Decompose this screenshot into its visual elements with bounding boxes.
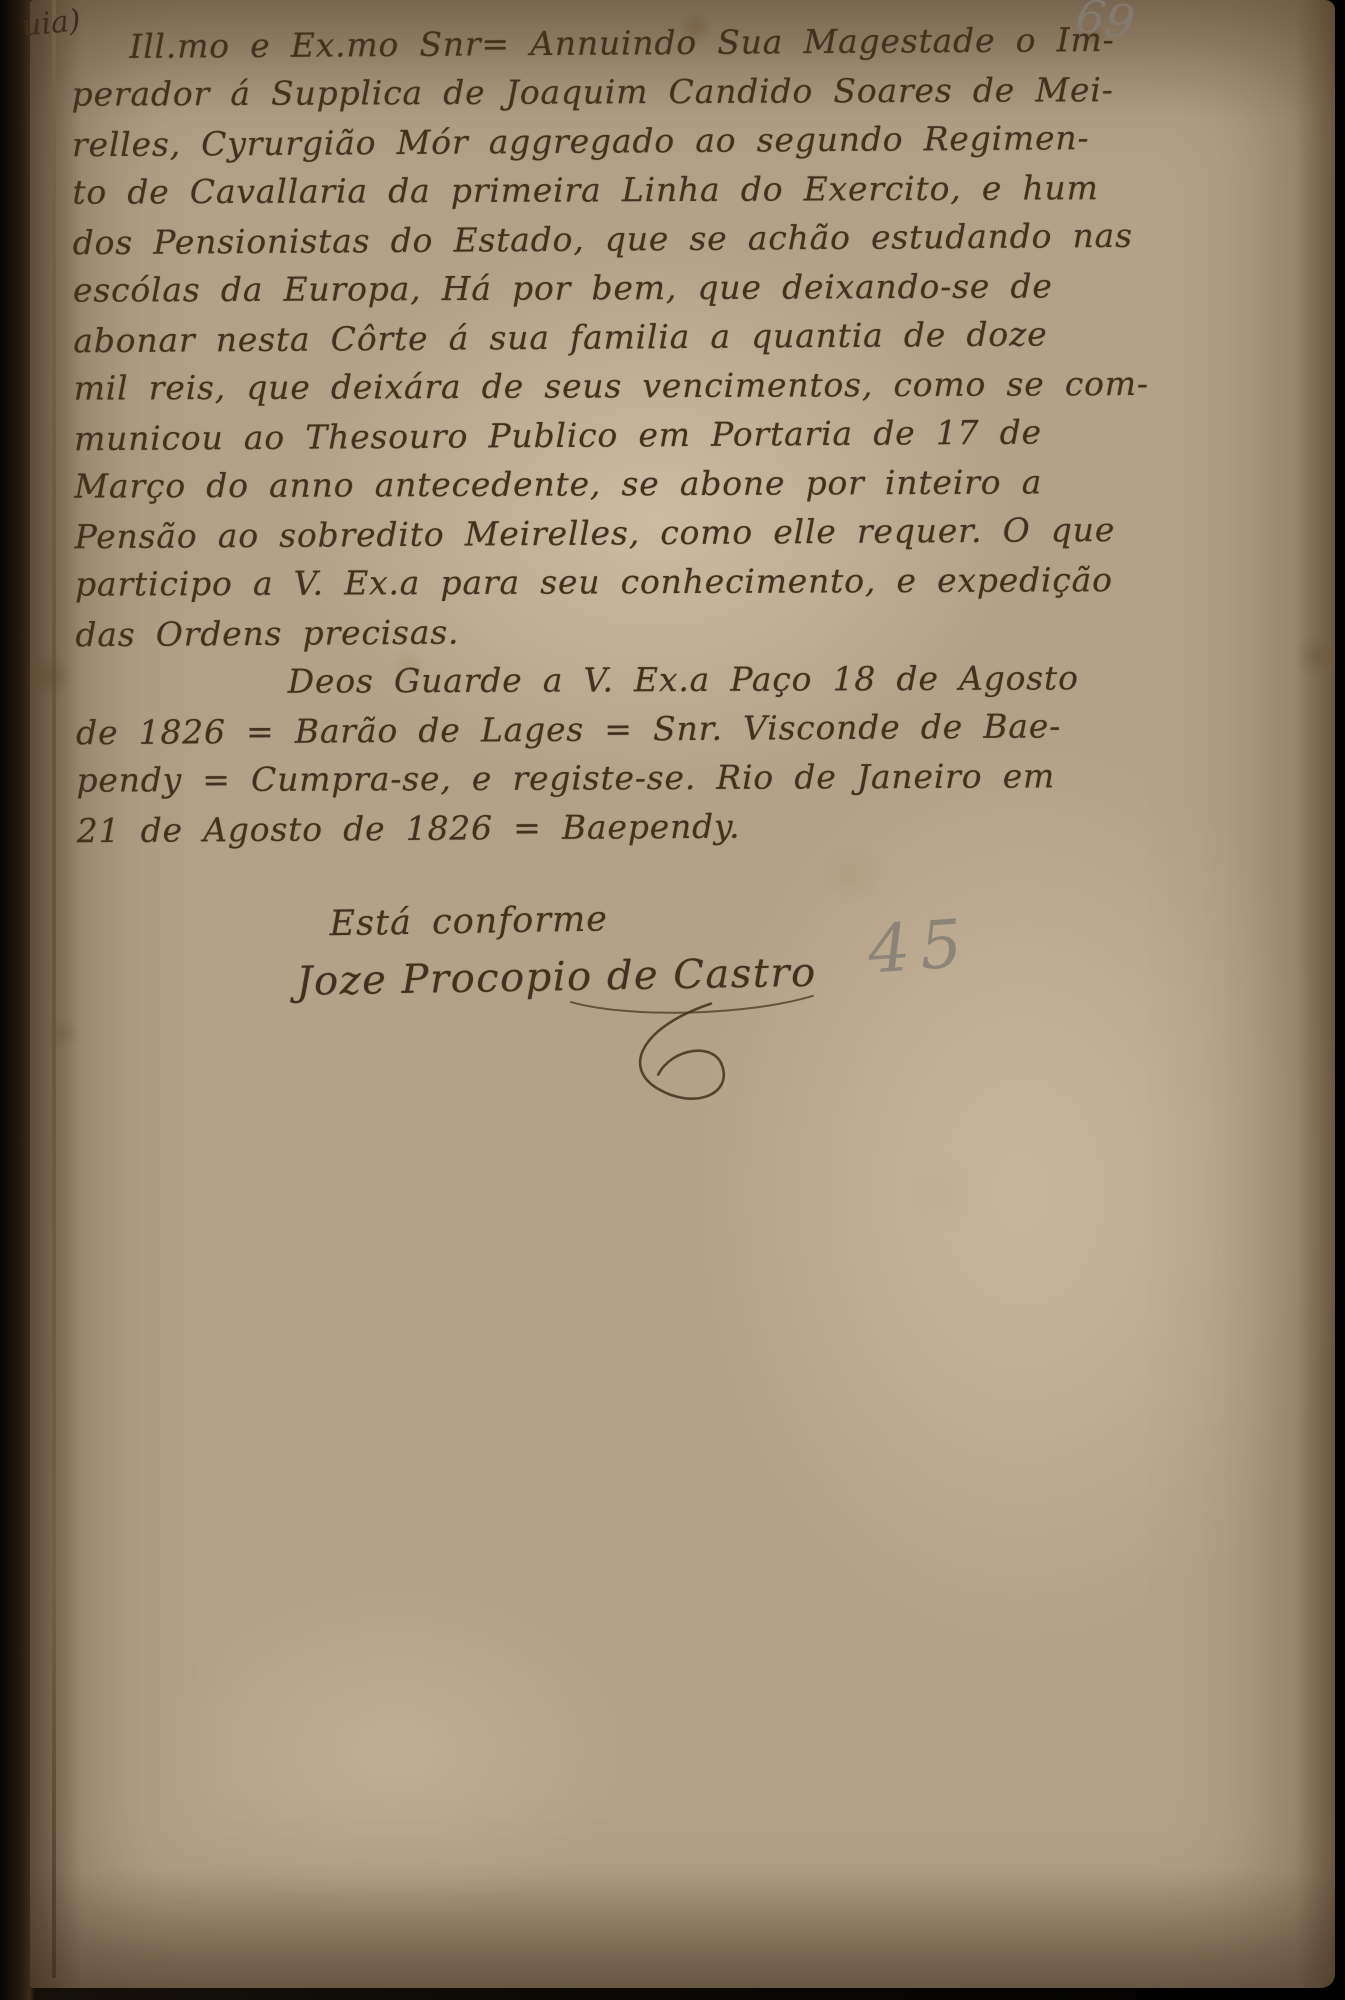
manuscript-body: Ill.mo e Ex.mo Snr= Annuindo Sua Magesta…: [71, 14, 1302, 856]
manuscript-line: mil reis, que deixára de seus vencimento…: [74, 358, 1299, 412]
manuscript-line: abonar nesta Côrte á sua familia a quant…: [73, 308, 1298, 366]
manuscript-line: perador á Supplica de Joaquim Candido So…: [72, 64, 1297, 118]
manuscript-line: dos Pensionistas do Estado, que se achão…: [72, 210, 1297, 268]
manuscript-line: Ill.mo e Ex.mo Snr= Annuindo Sua Magesta…: [71, 14, 1296, 72]
signature-flourish: [561, 994, 823, 1129]
manuscript-line: escólas da Europa, Há por bem, que deixa…: [73, 260, 1298, 314]
manuscript-line: participo a V. Ex.a para seu conheciment…: [75, 554, 1300, 608]
manuscript-line: de 1826 = Barão de Lages = Snr. Visconde…: [76, 700, 1301, 758]
manuscript-line: Pensão ao sobredito Meirelles, como elle…: [75, 504, 1300, 562]
manuscript-line: 21 de Agosto de 1826 = Baependy.: [77, 798, 1302, 856]
binding-edge: [52, 0, 56, 1978]
manuscript-line: Deos Guarde a V. Ex.a Paço 18 de Agosto: [76, 652, 1301, 706]
manuscript-line: Março do anno antecedente, se abone por …: [74, 456, 1299, 510]
manuscript-line: relles, Cyrurgião Mór aggregado ao segun…: [72, 112, 1297, 170]
manuscript-line: to de Cavallaria da primeira Linha do Ex…: [72, 162, 1297, 216]
pencil-annotation-45: 45: [865, 904, 974, 988]
manuscript-line: das Ordens precisas.: [75, 602, 1300, 660]
manuscript-page: uia) 69 45 Ill.mo e Ex.mo Snr= Annuindo …: [30, 0, 1335, 1988]
manuscript-line: municou ao Thesouro Publico em Portaria …: [74, 406, 1299, 464]
manuscript-line: pendy = Cumpra-se, e registe-se. Rio de …: [76, 750, 1301, 804]
certification-block: Está conforme Joze Procopio de Castro: [329, 896, 817, 1004]
attestation-text: Está conforme: [329, 896, 816, 944]
